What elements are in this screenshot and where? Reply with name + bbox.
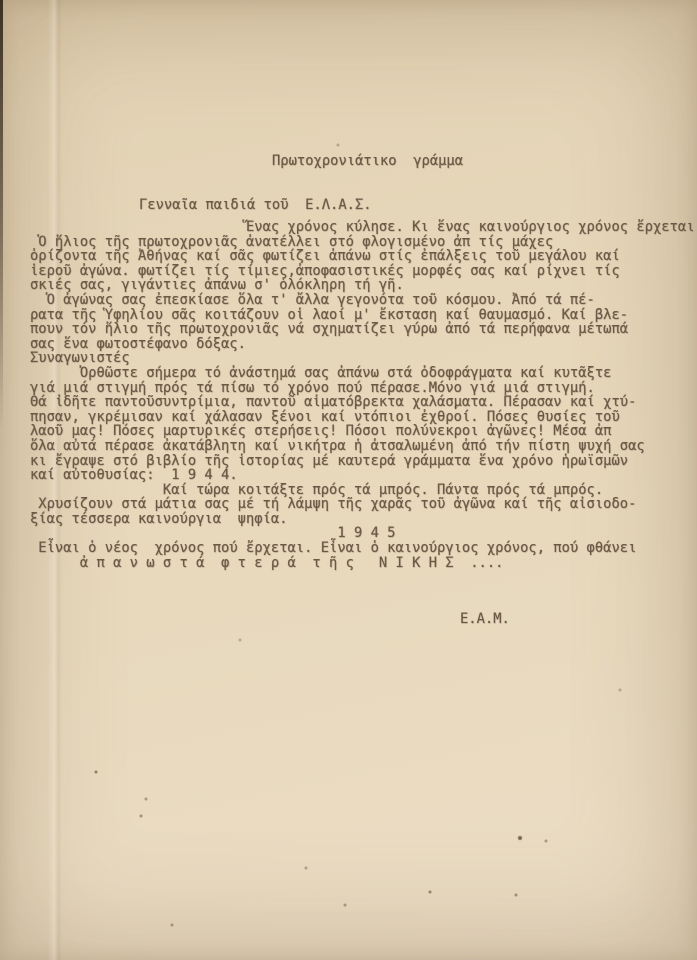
letter-salutation: Γενναῖα παιδιά τοῦ Ε.Λ.Α.Σ. bbox=[139, 198, 372, 213]
scanned-letter-page: Πρωτοχρονιάτικο γράμμα Γενναῖα παιδιά το… bbox=[0, 0, 697, 960]
letter-body: Ἕνας χρόνος κύλησε. Κι ἕνας καινούργιος … bbox=[30, 220, 697, 570]
letter-title: Πρωτοχρονιάτικο γράμμα bbox=[272, 154, 463, 169]
letter-signature: Ε.Α.Μ. bbox=[460, 612, 510, 627]
scan-edge-shadow bbox=[0, 0, 3, 430]
